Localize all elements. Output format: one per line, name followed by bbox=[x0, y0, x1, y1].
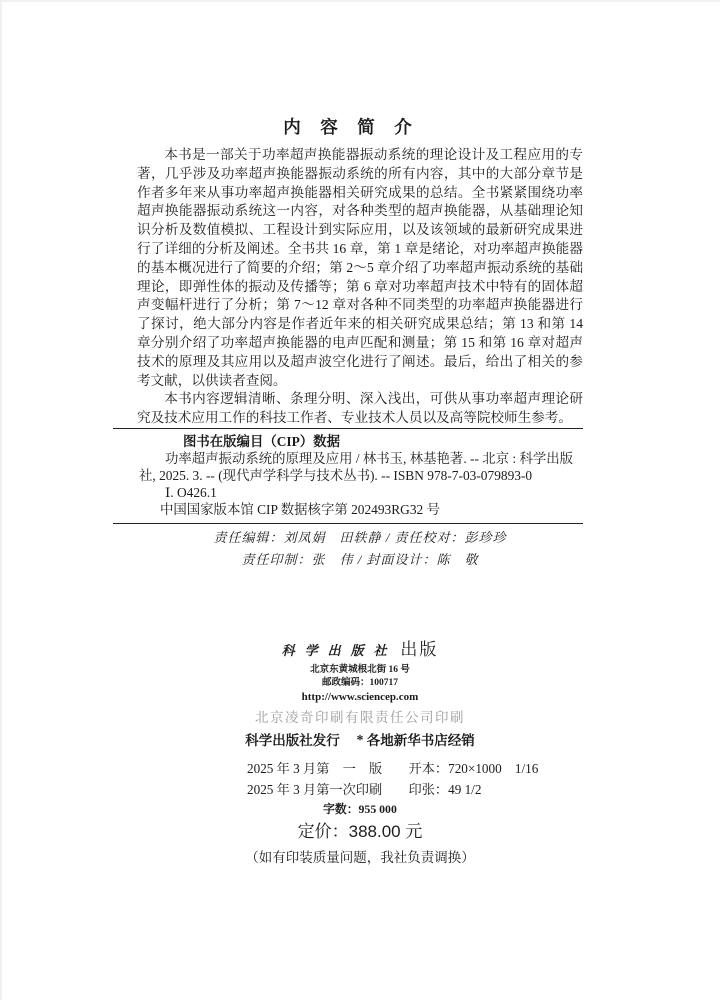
page-title: 内 容 简 介 bbox=[113, 114, 583, 139]
cip-data-block: 图书在版编目（CIP）数据 功率超声振动系统的原理及应用 / 林书玉, 林基艳著… bbox=[113, 428, 583, 524]
cip-line-classification: Ⅰ. O426.1 bbox=[165, 485, 583, 502]
cip-line-title-authors: 功率超声振动系统的原理及应用 / 林书玉, 林基艳著. -- 北京 : 科学出版 bbox=[165, 451, 583, 468]
publisher-address: 北京东黄城根北街 16 号 bbox=[0, 664, 720, 677]
publisher-postcode: 邮政编码：100717 bbox=[0, 677, 720, 690]
publisher-brand-line: 科学出版社 出版 bbox=[0, 640, 720, 661]
quality-notice: （如有印装质量问题，我社负责调换） bbox=[0, 846, 720, 866]
cip-line-registry-number: 中国国家版本馆 CIP 数据核字第 202493RG32 号 bbox=[160, 502, 583, 519]
edition-print-run-line: 2025 年 3 月第一次印刷 印张：49 1/2 bbox=[247, 779, 481, 798]
cip-line-publisher-isbn: 社, 2025. 3. -- (现代声学科学与技术丛书). -- ISBN 97… bbox=[139, 468, 583, 485]
credits-editors-line: 责任编辑：刘凤娟 田轶静 / 责任校对：彭珍珍 bbox=[0, 527, 720, 549]
separator-asterisk: * bbox=[0, 733, 720, 749]
edition-first-printing-line: 2025 年 3 月第 一 版 开本：720×1000 1/16 bbox=[247, 758, 538, 777]
price: 定价：388.00 元 bbox=[0, 817, 720, 842]
intro-paragraph-1: 本书是一部关于功率超声换能器振动系统的理论设计及工程应用的专著，几乎涉及功率超声… bbox=[137, 146, 583, 390]
publisher-logo-text: 科学出版社 bbox=[282, 643, 397, 658]
intro-summary: 本书是一部关于功率超声换能器振动系统的理论设计及工程应用的专著，几乎涉及功率超声… bbox=[137, 146, 583, 428]
cip-header: 图书在版编目（CIP）数据 bbox=[183, 434, 583, 451]
printer-line: 北京凌奇印刷有限责任公司印刷 bbox=[0, 709, 720, 727]
publisher-publish-label: 出版 bbox=[400, 640, 438, 659]
word-count: 字数：955 000 bbox=[0, 800, 720, 817]
copyright-page: 内 容 简 介 本书是一部关于功率超声换能器振动系统的理论设计及工程应用的专著，… bbox=[0, 0, 720, 1000]
credits-printing-design-line: 责任印制：张 伟 / 封面设计：陈 敬 bbox=[0, 549, 720, 571]
staff-credits: 责任编辑：刘凤娟 田轶静 / 责任校对：彭珍珍 责任印制：张 伟 / 封面设计：… bbox=[0, 527, 720, 571]
intro-paragraph-2: 本书内容逻辑清晰、条理分明、深入浅出，可供从事功率超声理论研究及技术应用工作的科… bbox=[137, 390, 583, 428]
publisher-website: http://www.sciencep.com bbox=[0, 690, 720, 704]
